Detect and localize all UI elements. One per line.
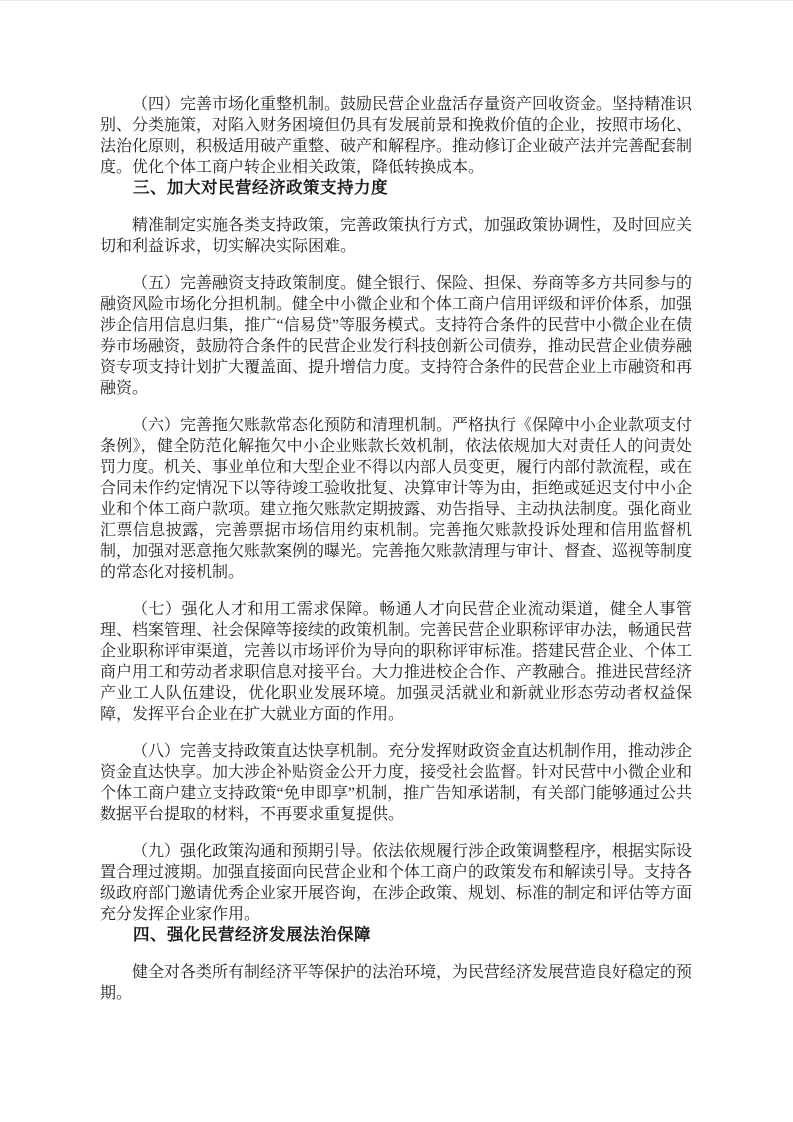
section-heading-4: 四、强化民营经济发展法治保障: [100, 925, 692, 946]
para-item-9: （九）强化政策沟通和预期引导。依法依规履行涉企政策调整程序，根据实际设置合理过渡…: [100, 841, 692, 925]
para-section-4-intro: 健全对各类所有制经济平等保护的法治环境，为民营经济发展营造良好稳定的预期。: [100, 962, 692, 1004]
para-item-8: （八）完善支持政策直达快享机制。充分发挥财政资金直达机制作用，推动涉企资金直达快…: [100, 741, 692, 825]
document-page: （四）完善市场化重整机制。鼓励民营企业盘活存量资产回收资金。坚持精准识别、分类施…: [0, 0, 793, 1122]
para-item-5: （五）完善融资支持政策制度。健全银行、保险、担保、券商等多方共同参与的融资风险市…: [100, 273, 692, 399]
document-body: （四）完善市场化重整机制。鼓励民营企业盘活存量资产回收资金。坚持精准识别、分类施…: [100, 94, 692, 1004]
para-section-3-intro: 精准制定实施各类支持政策，完善政策执行方式，加强政策协调性，及时回应关切和利益诉…: [100, 215, 692, 257]
section-heading-3: 三、加大对民营经济政策支持力度: [100, 178, 692, 199]
para-item-7: （七）强化人才和用工需求保障。畅通人才向民营企业流动渠道，健全人事管理、档案管理…: [100, 599, 692, 725]
para-item-4: （四）完善市场化重整机制。鼓励民营企业盘活存量资产回收资金。坚持精准识别、分类施…: [100, 94, 692, 178]
para-item-6: （六）完善拖欠账款常态化预防和清理机制。严格执行《保障中小企业款项支付条例》，健…: [100, 415, 692, 583]
